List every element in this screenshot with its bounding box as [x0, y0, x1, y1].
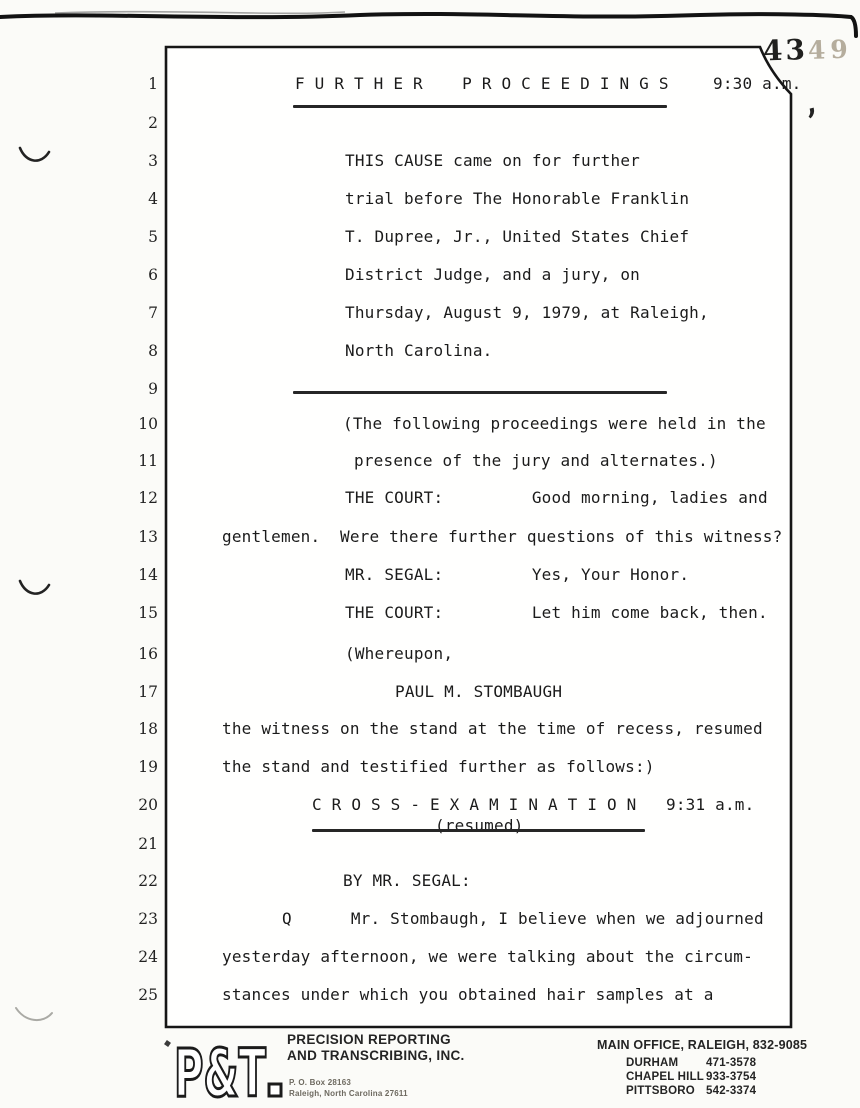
office-phone: 933-3754 — [706, 1071, 756, 1083]
office-city: DURHAM — [626, 1057, 706, 1069]
line-number: 4 — [126, 190, 158, 208]
scan-top-edge — [0, 14, 856, 36]
line-number: 22 — [126, 872, 158, 890]
line-number: 14 — [126, 566, 158, 584]
transcript-text: (The following proceedings were held in … — [343, 415, 766, 433]
transcript-text: MR. SEGAL: Yes, Your Honor. — [345, 566, 689, 584]
transcript-text: BY MR. SEGAL: — [343, 872, 471, 890]
transcript-text: (Whereupon, — [345, 645, 453, 663]
transcript-text: yesterday afternoon, we were talking abo… — [222, 948, 753, 966]
court-transcript-scan: 4349 , 1F U R T H E R P R O C E E D I N … — [0, 0, 860, 1108]
office-row-chapel-hill: CHAPEL HILL933-3754 — [626, 1071, 756, 1083]
line-number: 16 — [126, 645, 158, 663]
header-underline — [293, 105, 667, 108]
page-number-bold: 43 — [762, 33, 808, 68]
line-number: 1 — [126, 75, 158, 93]
office-phone: 471-3578 — [706, 1057, 756, 1069]
company-address-line2: Raleigh, North Carolina 27611 — [289, 1088, 408, 1099]
transcript-text: (resumed) — [435, 817, 524, 835]
line-number: 25 — [126, 986, 158, 1004]
line-number: 6 — [126, 266, 158, 284]
page-number-faint: 49 — [807, 34, 853, 65]
transcript-text: F U R T H E R P R O C E E D I N G S — [295, 75, 669, 93]
transcript-text: Q Mr. Stombaugh, I believe when we adjou… — [282, 910, 764, 928]
cross-examination-underline — [312, 829, 645, 832]
main-office-line: MAIN OFFICE, RALEIGH, 832-9085 — [597, 1038, 807, 1052]
office-row-durham: DURHAM471-3578 — [626, 1057, 756, 1069]
transcript-text: District Judge, and a jury, on — [345, 266, 640, 284]
transcript-text: the witness on the stand at the time of … — [222, 720, 763, 738]
line-number: 3 — [126, 152, 158, 170]
transcript-text: C R O S S - E X A M I N A T I O N 9:31 a… — [312, 796, 754, 814]
pt-logo-text: P&T — [174, 1035, 266, 1108]
line-number: 19 — [126, 758, 158, 776]
line-number: 2 — [126, 114, 158, 132]
line-number: 10 — [126, 415, 158, 433]
transcript-text: presence of the jury and alternates.) — [354, 452, 718, 470]
transcript-text: gentlemen. Were there further questions … — [222, 528, 782, 546]
company-name: PRECISION REPORTING AND TRANSCRIBING, IN… — [287, 1032, 465, 1063]
line-number: 7 — [126, 304, 158, 322]
transcript-text: 9:30 a.m. — [713, 75, 802, 93]
line-number: 15 — [126, 604, 158, 622]
page-number-stamp: 4349 — [762, 33, 853, 67]
line-number: 13 — [126, 528, 158, 546]
line-number: 23 — [126, 910, 158, 928]
transcript-text: Thursday, August 9, 1979, at Raleigh, — [345, 304, 709, 322]
line-number: 24 — [126, 948, 158, 966]
company-name-line1: PRECISION REPORTING — [287, 1032, 465, 1048]
transcript-text: THIS CAUSE came on for further — [345, 152, 640, 170]
line-number: 9 — [126, 380, 158, 398]
pen-mark-1 — [20, 148, 49, 161]
transcript-text: T. Dupree, Jr., United States Chief — [345, 228, 689, 246]
office-city: PITTSBORO — [626, 1085, 706, 1097]
line-number: 12 — [126, 489, 158, 507]
section-rule — [293, 391, 667, 394]
transcript-text: the stand and testified further as follo… — [222, 758, 655, 776]
pt-logo: P&T — [172, 1034, 284, 1108]
pen-mark-2 — [20, 581, 49, 594]
line-number: 17 — [126, 683, 158, 701]
office-row-pittsboro: PITTSBORO542-3374 — [626, 1085, 756, 1097]
company-address-line1: P. O. Box 28163 — [289, 1077, 408, 1088]
company-name-line2: AND TRANSCRIBING, INC. — [287, 1048, 465, 1064]
transcript-text: PAUL M. STOMBAUGH — [395, 683, 562, 701]
transcript-text: THE COURT: Good morning, ladies and — [345, 489, 768, 507]
pen-mark-3 — [16, 1008, 52, 1020]
line-number: 8 — [126, 342, 158, 360]
transcript-text: THE COURT: Let him come back, then. — [345, 604, 768, 622]
line-number: 21 — [126, 835, 158, 853]
line-number: 5 — [126, 228, 158, 246]
office-phone: 542-3374 — [706, 1085, 756, 1097]
transcript-text: trial before The Honorable Franklin — [345, 190, 689, 208]
office-city: CHAPEL HILL — [626, 1071, 706, 1083]
line-number: 11 — [126, 452, 158, 470]
transcript-text: stances under which you obtained hair sa… — [222, 986, 714, 1004]
transcript-text: North Carolina. — [345, 342, 493, 360]
company-address: P. O. Box 28163 Raleigh, North Carolina … — [289, 1077, 408, 1099]
line-number: 18 — [126, 720, 158, 738]
line-number: 20 — [126, 796, 158, 814]
pt-logo-period — [269, 1084, 281, 1096]
